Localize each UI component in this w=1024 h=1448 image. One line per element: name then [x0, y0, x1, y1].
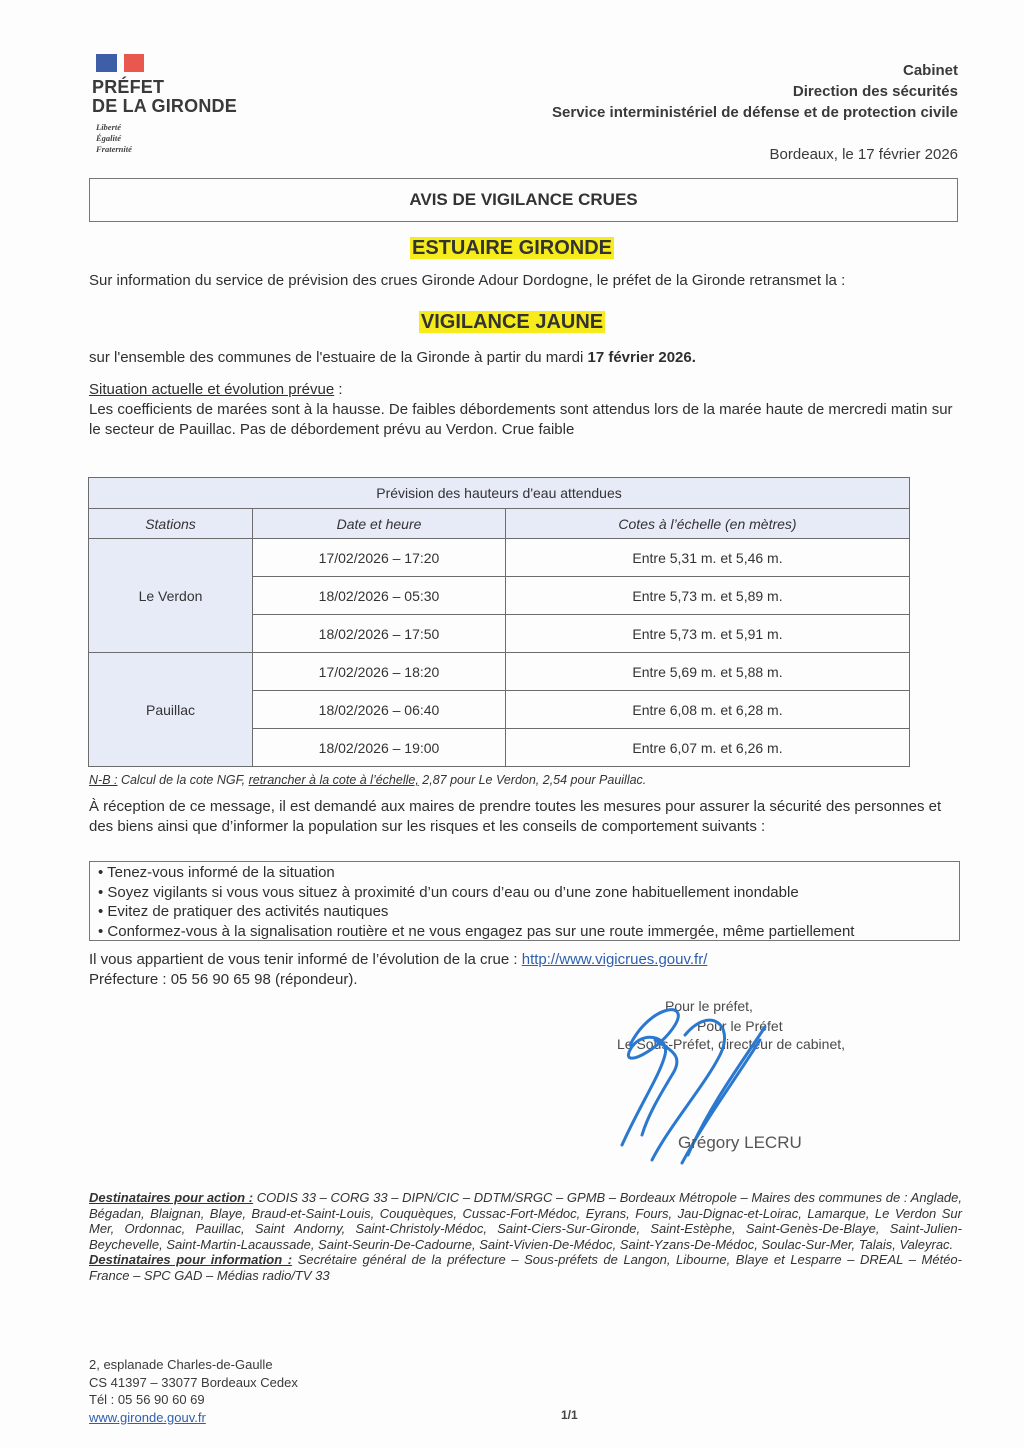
recipients-action-label: Destinataires pour action : [89, 1190, 253, 1205]
recipients-action: Destinataires pour action : CODIS 33 – C… [89, 1190, 962, 1252]
issuing-service: Cabinet Direction des sécurités Service … [552, 60, 958, 123]
recipients-section: Destinataires pour action : CODIS 33 – C… [89, 1190, 962, 1283]
service-cabinet: Cabinet [552, 60, 958, 81]
page-number: 1/1 [561, 1408, 578, 1422]
scope-text: sur l'ensemble des communes de l'estuair… [89, 349, 587, 366]
level-cell: Entre 5,69 m. et 5,88 m. [506, 653, 910, 691]
level-cell: Entre 5,73 m. et 5,91 m. [506, 615, 910, 653]
datetime-cell: 18/02/2026 – 17:50 [253, 615, 506, 653]
note-values: 2,87 pour Le Verdon, 2,54 pour Pauillac. [419, 773, 646, 787]
datetime-cell: 18/02/2026 – 05:30 [253, 577, 506, 615]
column-header-level: Cotes à l’échelle (en mètres) [506, 509, 910, 539]
intro-paragraph: Sur information du service de prévision … [89, 271, 964, 291]
flag-red-block [124, 54, 144, 72]
prefecture-phone: Préfecture : 05 56 90 65 98 (répondeur). [89, 970, 964, 990]
signatory-name: Grégory LECRU [678, 1133, 802, 1153]
logo-line-2: DE LA GIRONDE [92, 97, 237, 116]
table-row: Le Verdon 17/02/2026 – 17:20 Entre 5,31 … [89, 539, 910, 577]
datetime-cell: 18/02/2026 – 19:00 [253, 729, 506, 767]
situation-heading: Situation actuelle et évolution prévue [89, 381, 334, 398]
address-line-1: 2, esplanade Charles-de-Gaulle [89, 1356, 298, 1374]
footer-phone: Tél : 05 56 90 60 69 [89, 1391, 298, 1409]
prefecture-logo-title: PRÉFET DE LA GIRONDE [92, 78, 237, 116]
address-line-2: CS 41397 – 33077 Bordeaux Cedex [89, 1374, 298, 1392]
note-text: Calcul de la cote NGF, [117, 773, 248, 787]
level-cell: Entre 6,07 m. et 6,26 m. [506, 729, 910, 767]
followup-text: Il vous appartient de vous tenir informé… [89, 951, 522, 968]
advice-item: • Conformez-vous à la signalisation rout… [98, 922, 951, 942]
recipients-info-label: Destinataires pour information : [89, 1252, 292, 1267]
motto-fraternite: Fraternité [96, 144, 132, 155]
motto-liberte: Liberté [96, 122, 132, 133]
note-underlined: retrancher à la cote à l’échelle, [249, 773, 419, 787]
logo-line-1: PRÉFET [92, 78, 237, 97]
followup-info: Il vous appartient de vous tenir informé… [89, 950, 964, 990]
service-sidpc: Service interministériel de défense et d… [552, 102, 958, 123]
flag-blue-block [96, 54, 117, 72]
republic-motto: Liberté Égalité Fraternité [96, 122, 132, 155]
document-title-box: AVIS DE VIGILANCE CRUES [89, 178, 958, 222]
motto-egalite: Égalité [96, 133, 132, 144]
advice-item: • Soyez vigilants si vous vous situez à … [98, 883, 951, 903]
note-label: N-B : [89, 773, 117, 787]
service-direction: Direction des sécurités [552, 81, 958, 102]
station-cell: Pauillac [89, 653, 253, 767]
website-link[interactable]: www.gironde.gouv.fr [89, 1410, 206, 1425]
datetime-cell: 17/02/2026 – 18:20 [253, 653, 506, 691]
column-header-datetime: Date et heure [253, 509, 506, 539]
vigilance-level-highlight: VIGILANCE JAUNE [419, 311, 605, 333]
advice-item: • Evitez de pratiquer des activités naut… [98, 902, 951, 922]
water-level-forecast-table: Prévision des hauteurs d'eau attendues S… [88, 477, 910, 767]
situation-section: Situation actuelle et évolution prévue :… [89, 380, 964, 440]
place-date: Bordeaux, le 17 février 2026 [770, 146, 958, 163]
behaviour-advice-box: • Tenez-vous informé de la situation • S… [89, 861, 960, 941]
table-caption: Prévision des hauteurs d'eau attendues [89, 478, 910, 509]
advice-item: • Tenez-vous informé de la situation [98, 863, 951, 883]
situation-heading-colon: : [334, 381, 342, 398]
vigicrues-link[interactable]: http://www.vigicrues.gouv.fr/ [522, 951, 708, 968]
station-cell: Le Verdon [89, 539, 253, 653]
document-title: AVIS DE VIGILANCE CRUES [409, 190, 637, 210]
signature-block: Pour le préfet, Pour le Préfet Le Sous-P… [560, 995, 920, 1165]
level-cell: Entre 5,73 m. et 5,89 m. [506, 577, 910, 615]
datetime-cell: 17/02/2026 – 17:20 [253, 539, 506, 577]
column-header-stations: Stations [89, 509, 253, 539]
prefecture-address: 2, esplanade Charles-de-Gaulle CS 41397 … [89, 1356, 298, 1426]
zone-name-highlight: ESTUAIRE GIRONDE [410, 237, 614, 259]
table-row: Pauillac 17/02/2026 – 18:20 Entre 5,69 m… [89, 653, 910, 691]
marianne-flag-logo [96, 54, 144, 72]
scope-date: 17 février 2026. [587, 349, 695, 366]
zone-heading: ESTUAIRE GIRONDE [0, 237, 1024, 260]
situation-text: Les coefficients de marées sont à la hau… [89, 400, 964, 440]
level-cell: Entre 5,31 m. et 5,46 m. [506, 539, 910, 577]
recipients-info: Destinataires pour information : Secréta… [89, 1252, 962, 1283]
vigilance-level-heading: VIGILANCE JAUNE [0, 311, 1024, 334]
mayor-instructions: À réception de ce message, il est demand… [89, 797, 964, 837]
ngf-note: N-B : Calcul de la cote NGF, retrancher … [89, 773, 646, 787]
datetime-cell: 18/02/2026 – 06:40 [253, 691, 506, 729]
scope-paragraph: sur l'ensemble des communes de l'estuair… [89, 348, 964, 368]
level-cell: Entre 6,08 m. et 6,28 m. [506, 691, 910, 729]
